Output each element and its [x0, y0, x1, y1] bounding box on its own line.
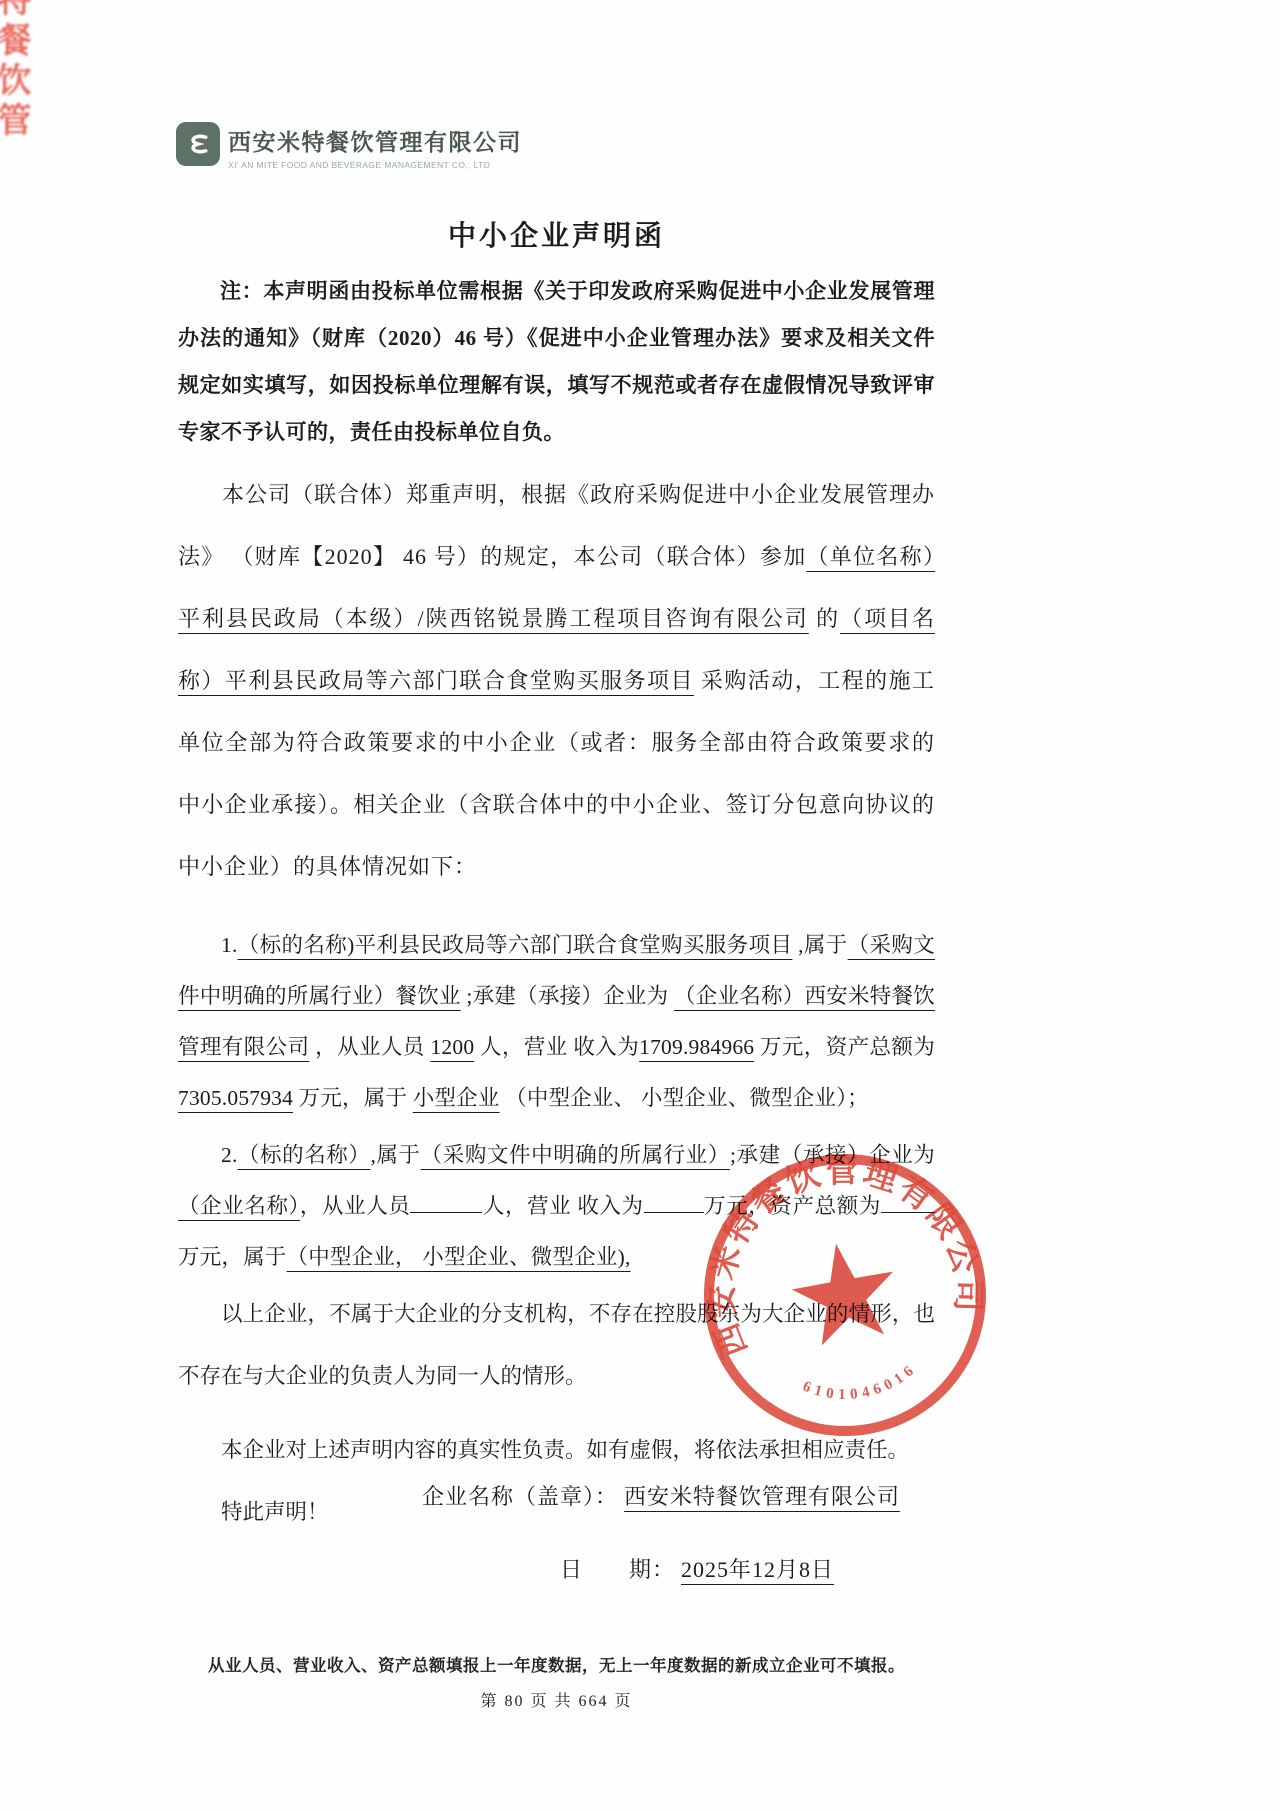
- text-segment: 本企业对上述声明内容的真实性负责。如有虚假，将依法承担相应责任。: [221, 1438, 909, 1462]
- paragraph-responsibility: 本企业对上述声明内容的真实性负责。如有虚假，将依法承担相应责任。: [178, 1419, 935, 1481]
- letterhead: 西安米特餐饮管理有限公司 XI' AN MITE FOOD AND BEVERA…: [176, 122, 522, 170]
- text-segment: ;承建（承接）企业为: [730, 1143, 935, 1167]
- fill-in-value: 7305.057934: [178, 1086, 293, 1110]
- fill-in-value: （标的名称）: [238, 1143, 371, 1167]
- fill-in-blank: [644, 1192, 704, 1214]
- text-segment: （中型企业、 小型企业、微型企业）；: [500, 1086, 869, 1110]
- signature-date-value: 2025年12月8日: [675, 1557, 840, 1582]
- company-name-en: XI' AN MITE FOOD AND BEVERAGE MANAGEMENT…: [228, 160, 522, 170]
- fill-in-value: （中型企业， 小型企业、微型企业),: [287, 1245, 631, 1269]
- text-segment: 注：本声明函由投标单位需根据《关于印发政府采购促进中小企业发展管理办法的通知》（…: [178, 279, 935, 444]
- footer-note: 从业人员、营业收入、资产总额填报上一年度数据，无上一年度数据的新成立企业可不填报…: [178, 1652, 935, 1676]
- paragraph-note: 注：本声明函由投标单位需根据《关于印发政府采购促进中小企业发展管理办法的通知》（…: [178, 268, 935, 456]
- paragraph-item-2: 2.（标的名称）,属于（采购文件中明确的所属行业）;承建（承接）企业为 （企业名…: [178, 1130, 935, 1283]
- text-segment: ;承建（承接）企业为: [461, 984, 674, 1008]
- fill-in-blank: [410, 1192, 482, 1214]
- document-body: 注：本声明函由投标单位需根据《关于印发政府采购促进中小企业发展管理办法的通知》（…: [178, 268, 935, 1543]
- text-segment: 以上企业，不属于大企业的分支机构，不存在控股股东为大企业的情形，也不存在与大企业…: [178, 1302, 935, 1388]
- text-segment: ,属于: [792, 933, 847, 957]
- fill-in-value: （采购文件中明确的所属行业）: [421, 1143, 730, 1167]
- text-segment: ，从业人员: [309, 1035, 430, 1059]
- text-segment: 万元，资产总额为: [754, 1035, 935, 1059]
- fill-in-blank: [881, 1192, 935, 1214]
- company-name-cn: 西安米特餐饮管理有限公司: [228, 124, 522, 157]
- text-segment: 万元，属于: [178, 1245, 287, 1269]
- text-segment: ,属于: [371, 1143, 421, 1167]
- signature-company-label: 企业名称（盖章）：: [422, 1484, 618, 1509]
- signature-date-row: 日 期：2025年12月8日: [560, 1553, 840, 1584]
- text-segment: 的: [809, 606, 840, 631]
- text-segment: 人，营业 收入为: [474, 1035, 639, 1059]
- signature-date-label: 日 期：: [560, 1557, 675, 1582]
- fill-in-value: 1709.984966: [639, 1035, 754, 1059]
- text-segment: ，从业人员: [300, 1194, 411, 1218]
- signature-company-value: 西安米特餐饮管理有限公司: [618, 1484, 906, 1509]
- document-page: 特餐饮管 西安米特餐饮管理有限公司 XI' AN MITE FOOD AND B…: [0, 0, 1280, 1812]
- letterhead-text: 西安米特餐饮管理有限公司 XI' AN MITE FOOD AND BEVERA…: [228, 122, 522, 170]
- logo-glyph-icon: [181, 127, 215, 161]
- fill-in-value: （企业名称）: [178, 1194, 300, 1218]
- fill-in-value: 小型企业: [413, 1086, 500, 1110]
- text-segment: 2.: [221, 1143, 238, 1167]
- paragraph-item-1: 1.（标的名称)平利县民政局等六部门联合食堂购买服务项目 ,属于（采购文件中明确…: [178, 920, 935, 1124]
- paragraph-declaration: 本公司（联合体）郑重声明，根据《政府采购促进中小企业发展管理办法》 （财库【20…: [178, 464, 935, 898]
- fill-in-value: （标的名称)平利县民政局等六部门联合食堂购买服务项目: [238, 933, 793, 957]
- signature-company-row: 企业名称（盖章）：西安米特餐饮管理有限公司: [422, 1480, 906, 1511]
- document-title: 中小企业声明函: [178, 214, 935, 254]
- text-segment: 采购活动，工程的施工单位全部为符合政策要求的中小企业（或者：服务全部由符合政策要…: [178, 668, 935, 879]
- page-number: 第 80 页 共 664 页: [178, 1688, 935, 1711]
- company-logo: [176, 122, 220, 166]
- text-segment: 人，营业 收入为: [482, 1194, 643, 1218]
- text-segment: 万元，属于: [293, 1086, 413, 1110]
- text-segment: 万元，资产总额为: [704, 1194, 881, 1218]
- fill-in-value: 1200: [430, 1035, 474, 1059]
- text-segment: 特此声明！: [221, 1500, 329, 1524]
- stamp-bleed-artifact: 特餐饮管: [0, 0, 35, 142]
- paragraph-no-large-enterprise: 以上企业，不属于大企业的分支机构，不存在控股股东为大企业的情形，也不存在与大企业…: [178, 1283, 935, 1407]
- text-segment: 1.: [221, 933, 238, 957]
